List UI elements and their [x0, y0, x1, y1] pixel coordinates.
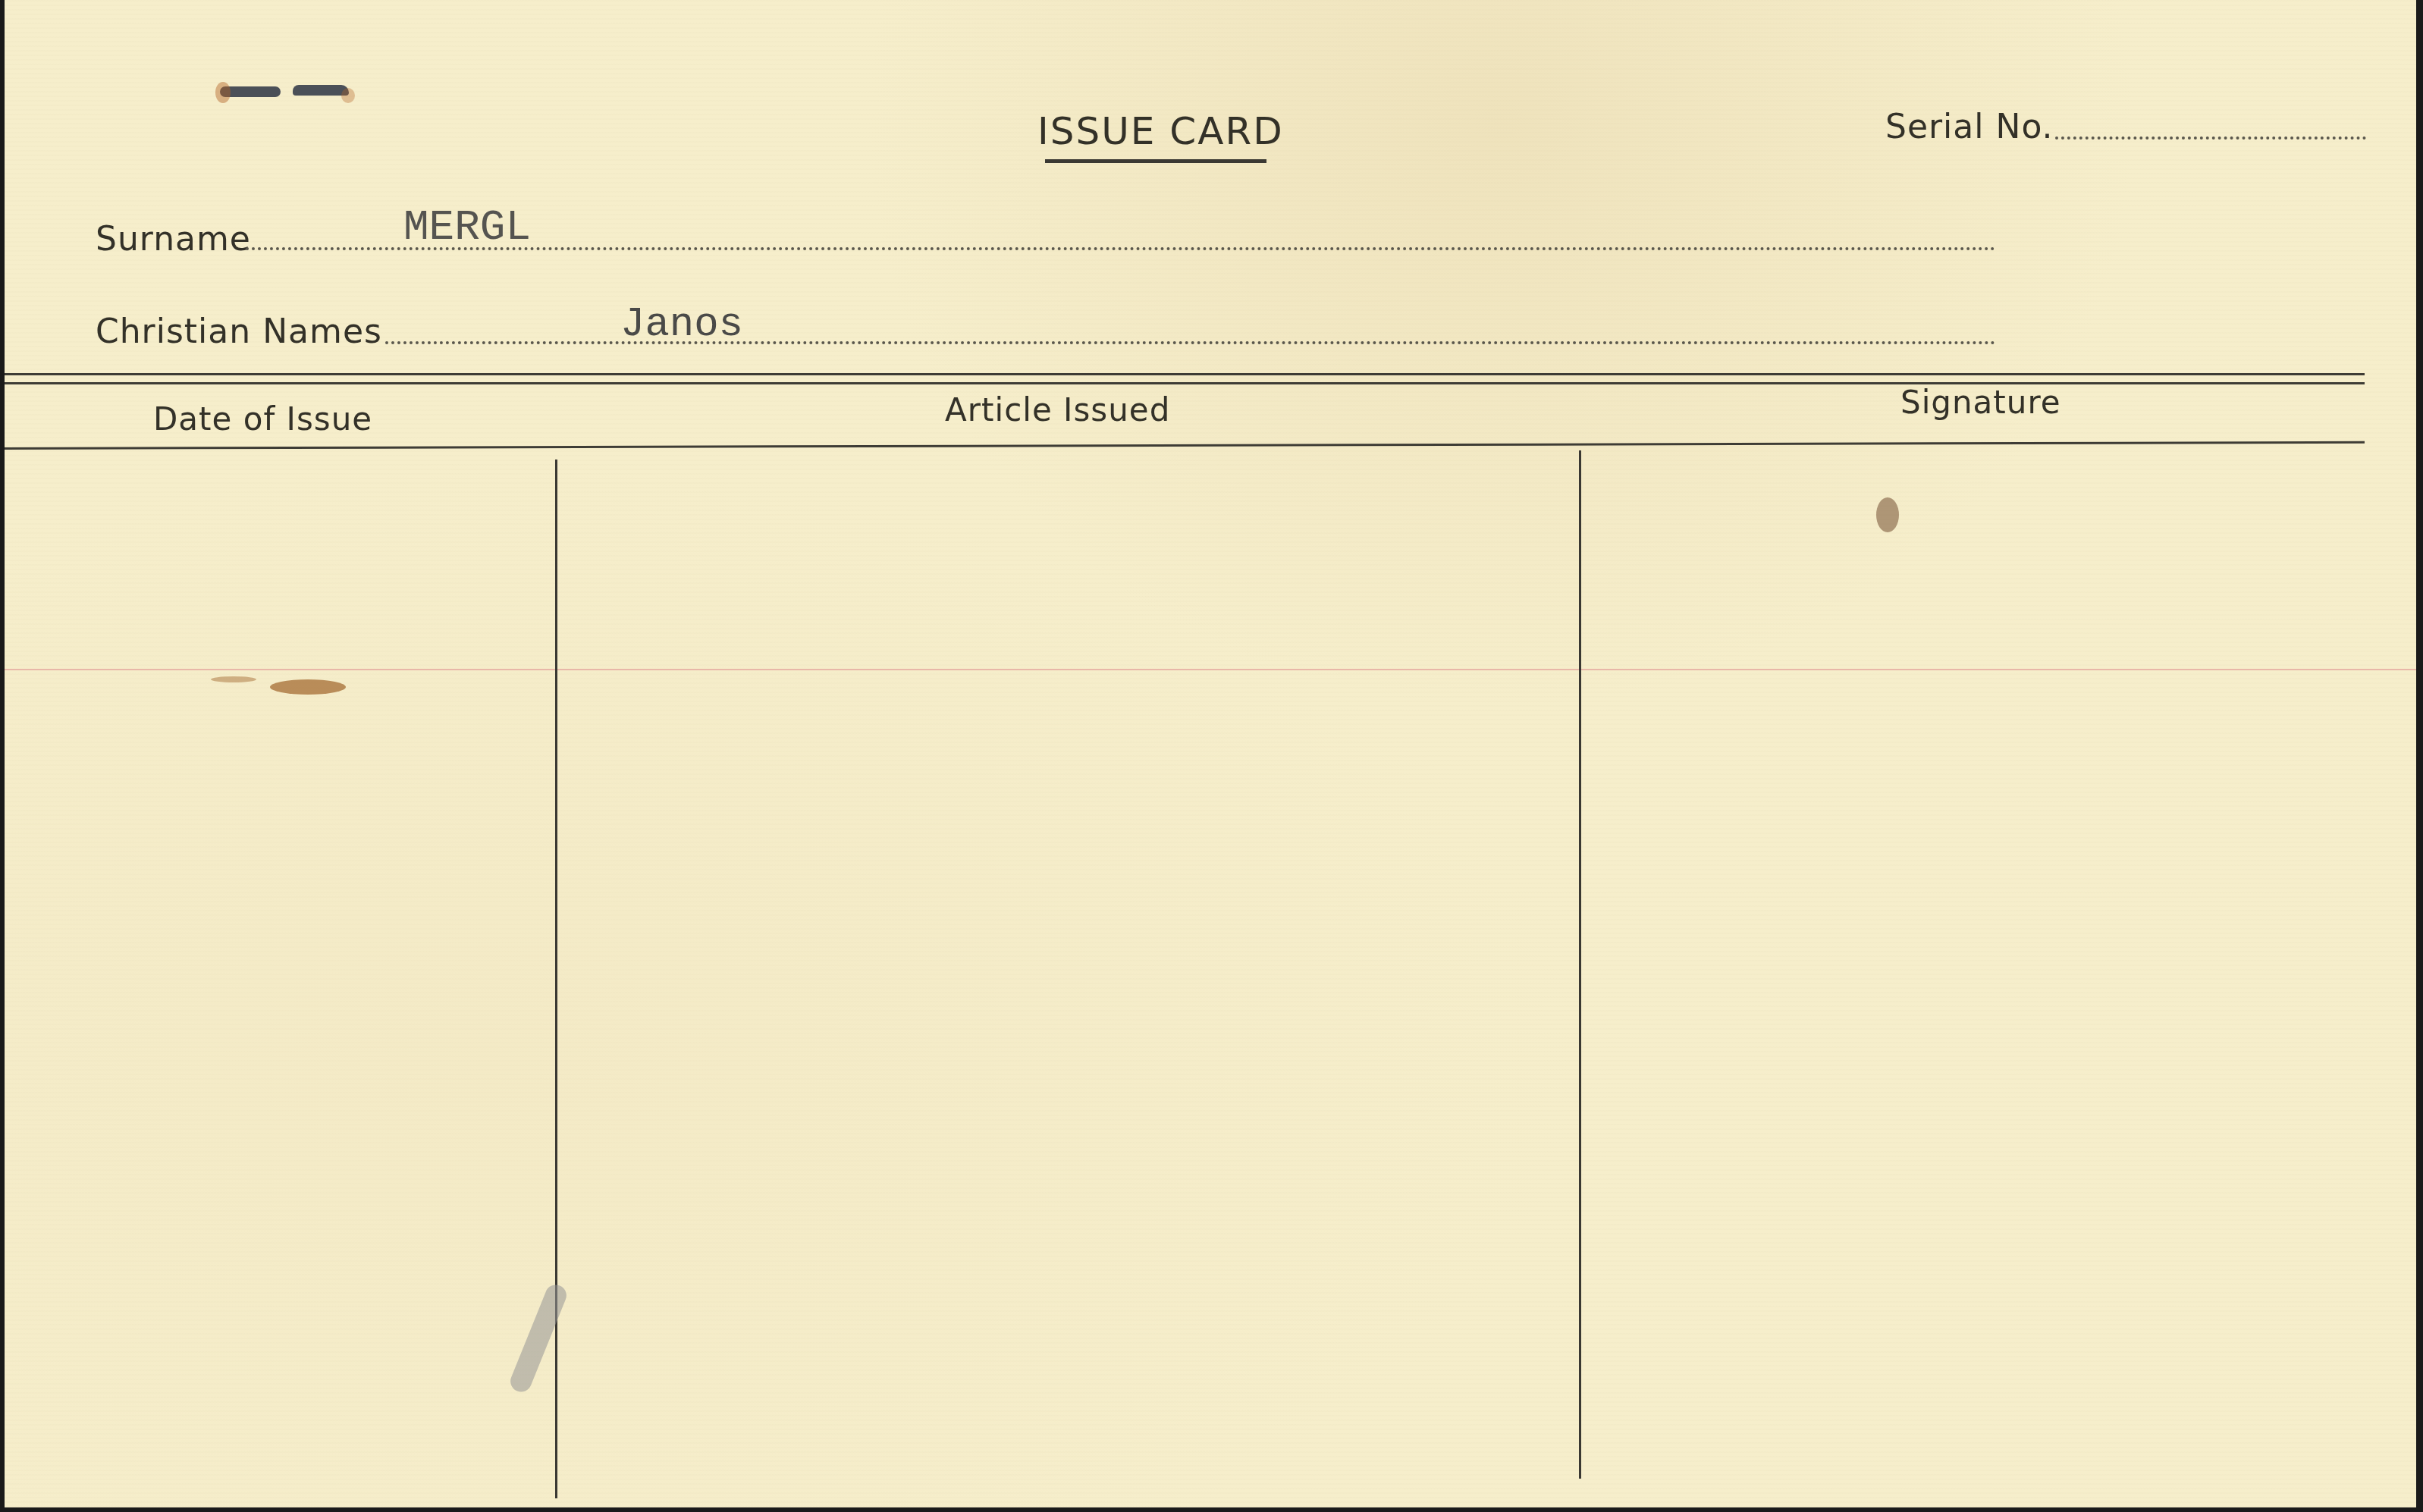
table-body-date-column[interactable] — [5, 455, 555, 1501]
rust-stain-small — [211, 676, 256, 682]
card-title: ISSUE CARD — [1037, 109, 1284, 153]
column-header-signature: Signature — [1900, 384, 2061, 421]
ink-spot — [1876, 497, 1899, 532]
rust-stain — [270, 679, 346, 695]
header-rule-bottom — [5, 441, 2365, 450]
christian-names-label: Christian Names — [96, 312, 382, 351]
column-header-date-of-issue: Date of Issue — [153, 400, 372, 438]
table-body-article-column[interactable] — [558, 455, 1579, 1501]
serial-no-label: Serial No. — [1885, 108, 2054, 146]
staple-icon — [220, 82, 356, 105]
issue-card: ISSUE CARD Serial No. Surname MERGL Chri… — [5, 0, 2416, 1507]
column-divider-2 — [1579, 450, 1581, 1479]
christian-names-value: Janos — [620, 302, 743, 348]
title-underline — [1045, 159, 1266, 163]
header-rule-top — [5, 373, 2365, 375]
table-body-signature-column[interactable] — [1582, 455, 2416, 1501]
surname-value: MERGL — [403, 203, 531, 252]
surname-label: Surname — [96, 220, 251, 259]
column-divider-1 — [555, 460, 557, 1498]
serial-no-field[interactable] — [2055, 136, 2366, 140]
column-header-article-issued: Article Issued — [945, 391, 1170, 428]
